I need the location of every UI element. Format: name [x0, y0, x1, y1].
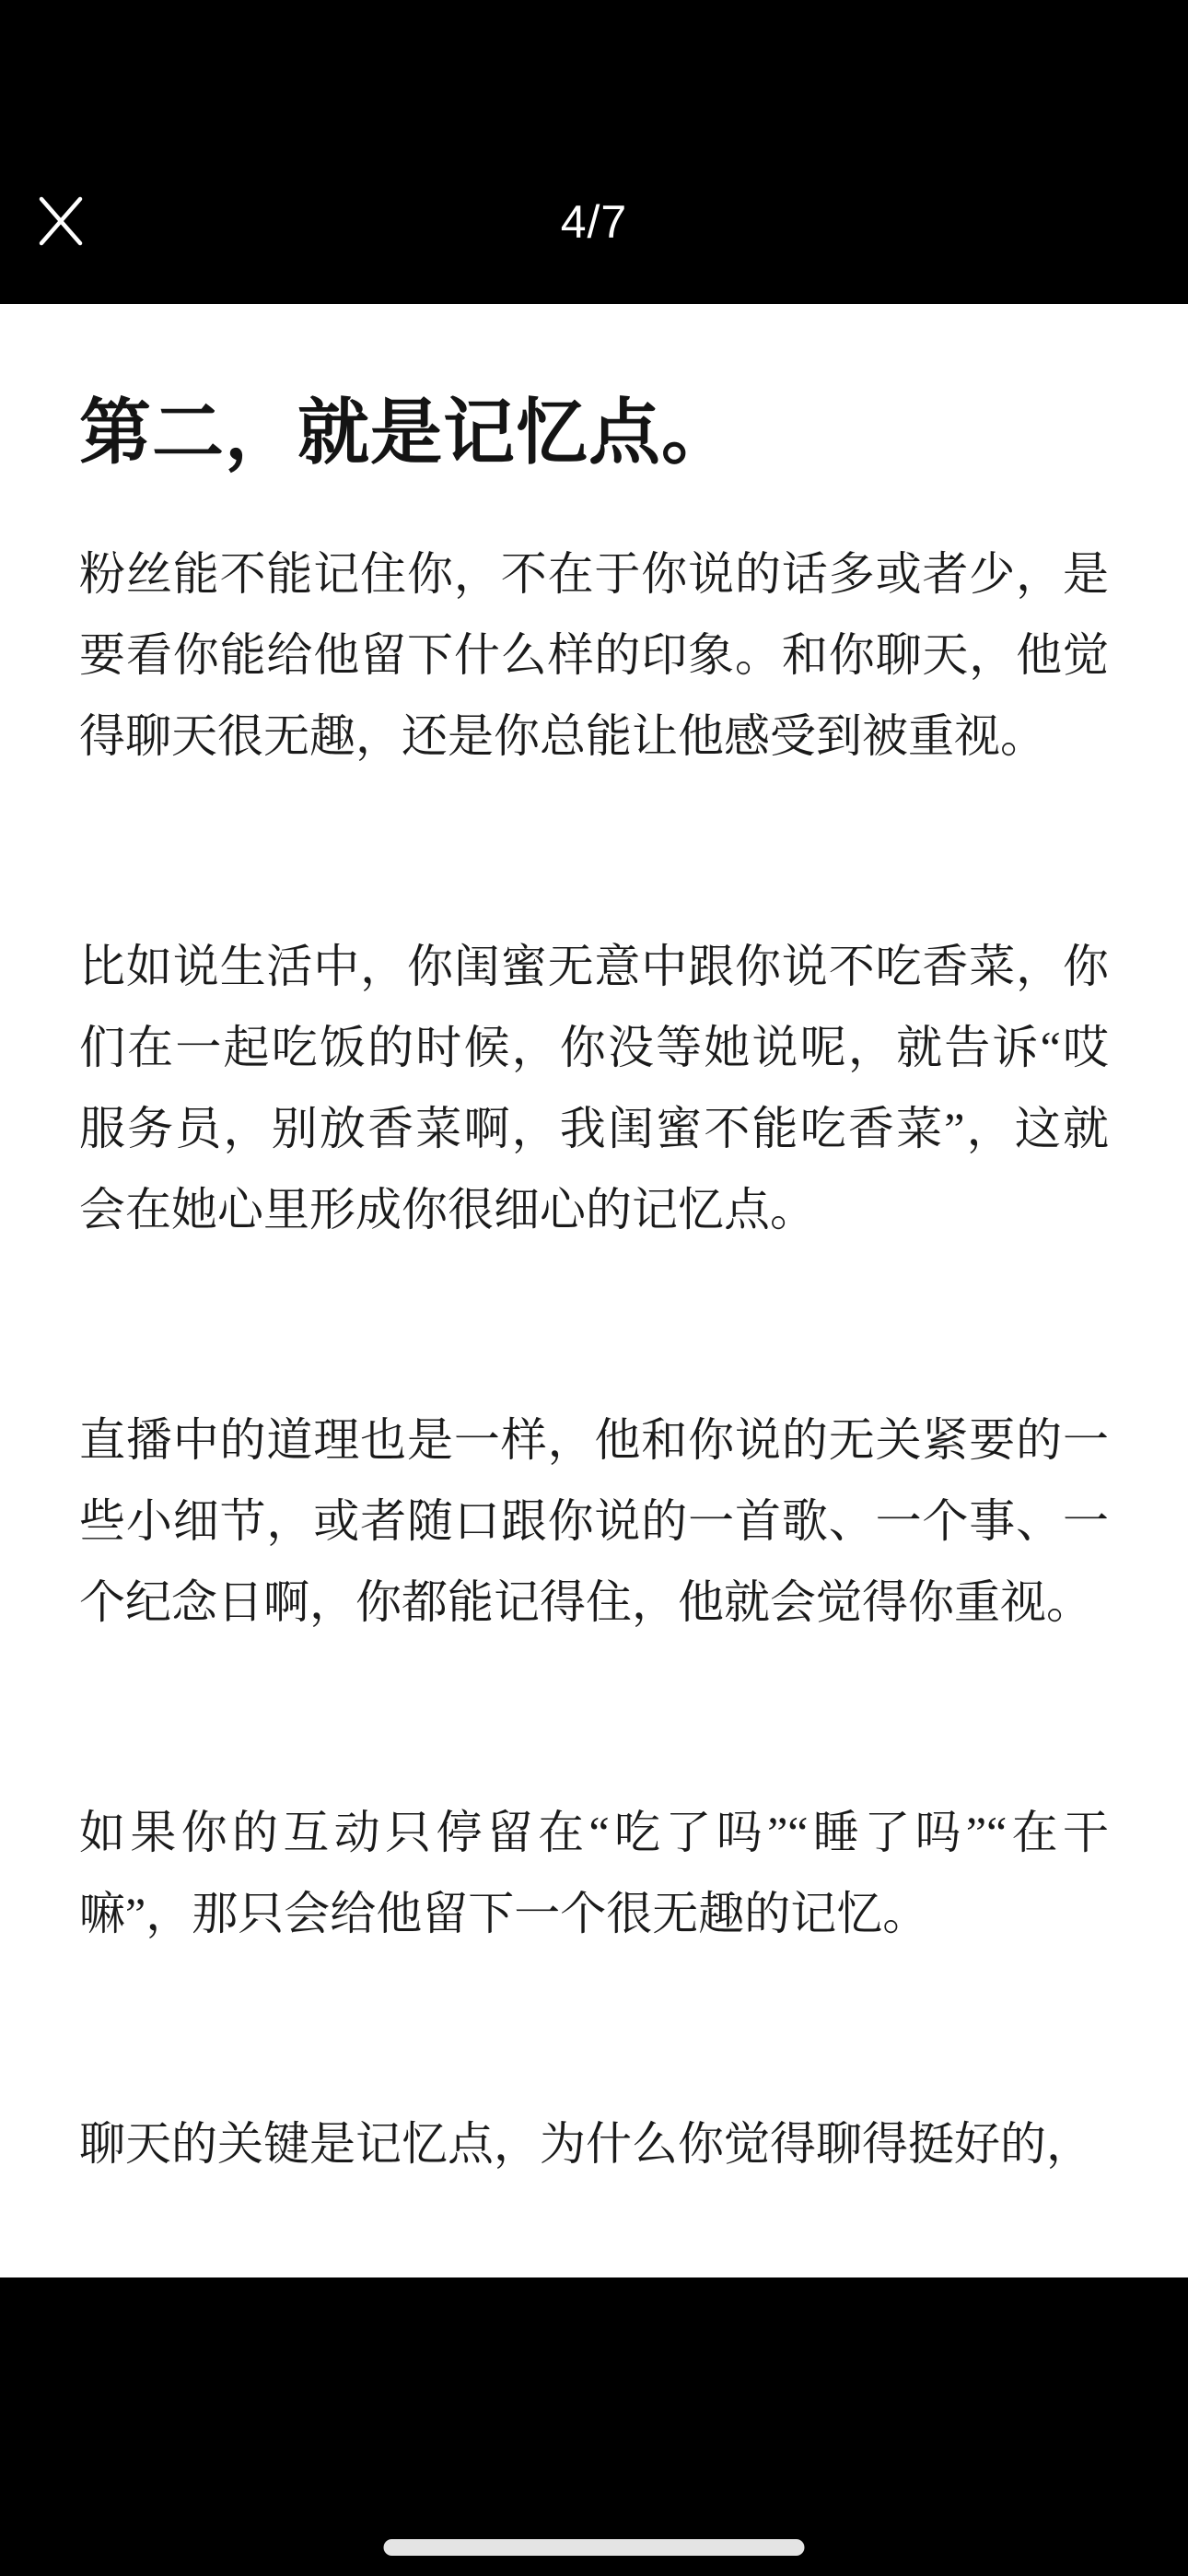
paragraph: 如果你的互动只停留在“吃了吗”“睡了吗”“在干嘛”，那只会给他留下一个很无趣的记… — [79, 1792, 1109, 1954]
paragraph: 比如说生活中，你闺蜜无意中跟你说不吃香菜，你们在一起吃饭的时候，你没等她说呢，就… — [79, 926, 1109, 1250]
viewer-header: 4/7 — [0, 0, 1188, 304]
paragraph: 直播中的道理也是一样，他和你说的无关紧要的一些小细节，或者随口跟你说的一首歌、一… — [79, 1399, 1109, 1643]
page-title: 第二，就是记忆点。 — [79, 393, 1109, 472]
paragraph: 粉丝能不能记住你，不在于你说的话多或者少，是要看你能给他留下什么样的印象。和你聊… — [79, 533, 1109, 777]
article-body: 粉丝能不能记住你，不在于你说的话多或者少，是要看你能给他留下什么样的印象。和你聊… — [79, 533, 1109, 2184]
page-indicator: 4/7 — [0, 194, 1188, 250]
page-content[interactable]: 第二，就是记忆点。 粉丝能不能记住你，不在于你说的话多或者少，是要看你能给他留下… — [0, 304, 1188, 2277]
screen: 4/7 第二，就是记忆点。 粉丝能不能记住你，不在于你说的话多或者少，是要看你能… — [0, 0, 1188, 2576]
viewer-footer — [0, 2277, 1188, 2576]
home-indicator[interactable] — [384, 2539, 805, 2556]
paragraph: 聊天的关键是记忆点，为什么你觉得聊得挺好的， — [79, 2103, 1109, 2184]
